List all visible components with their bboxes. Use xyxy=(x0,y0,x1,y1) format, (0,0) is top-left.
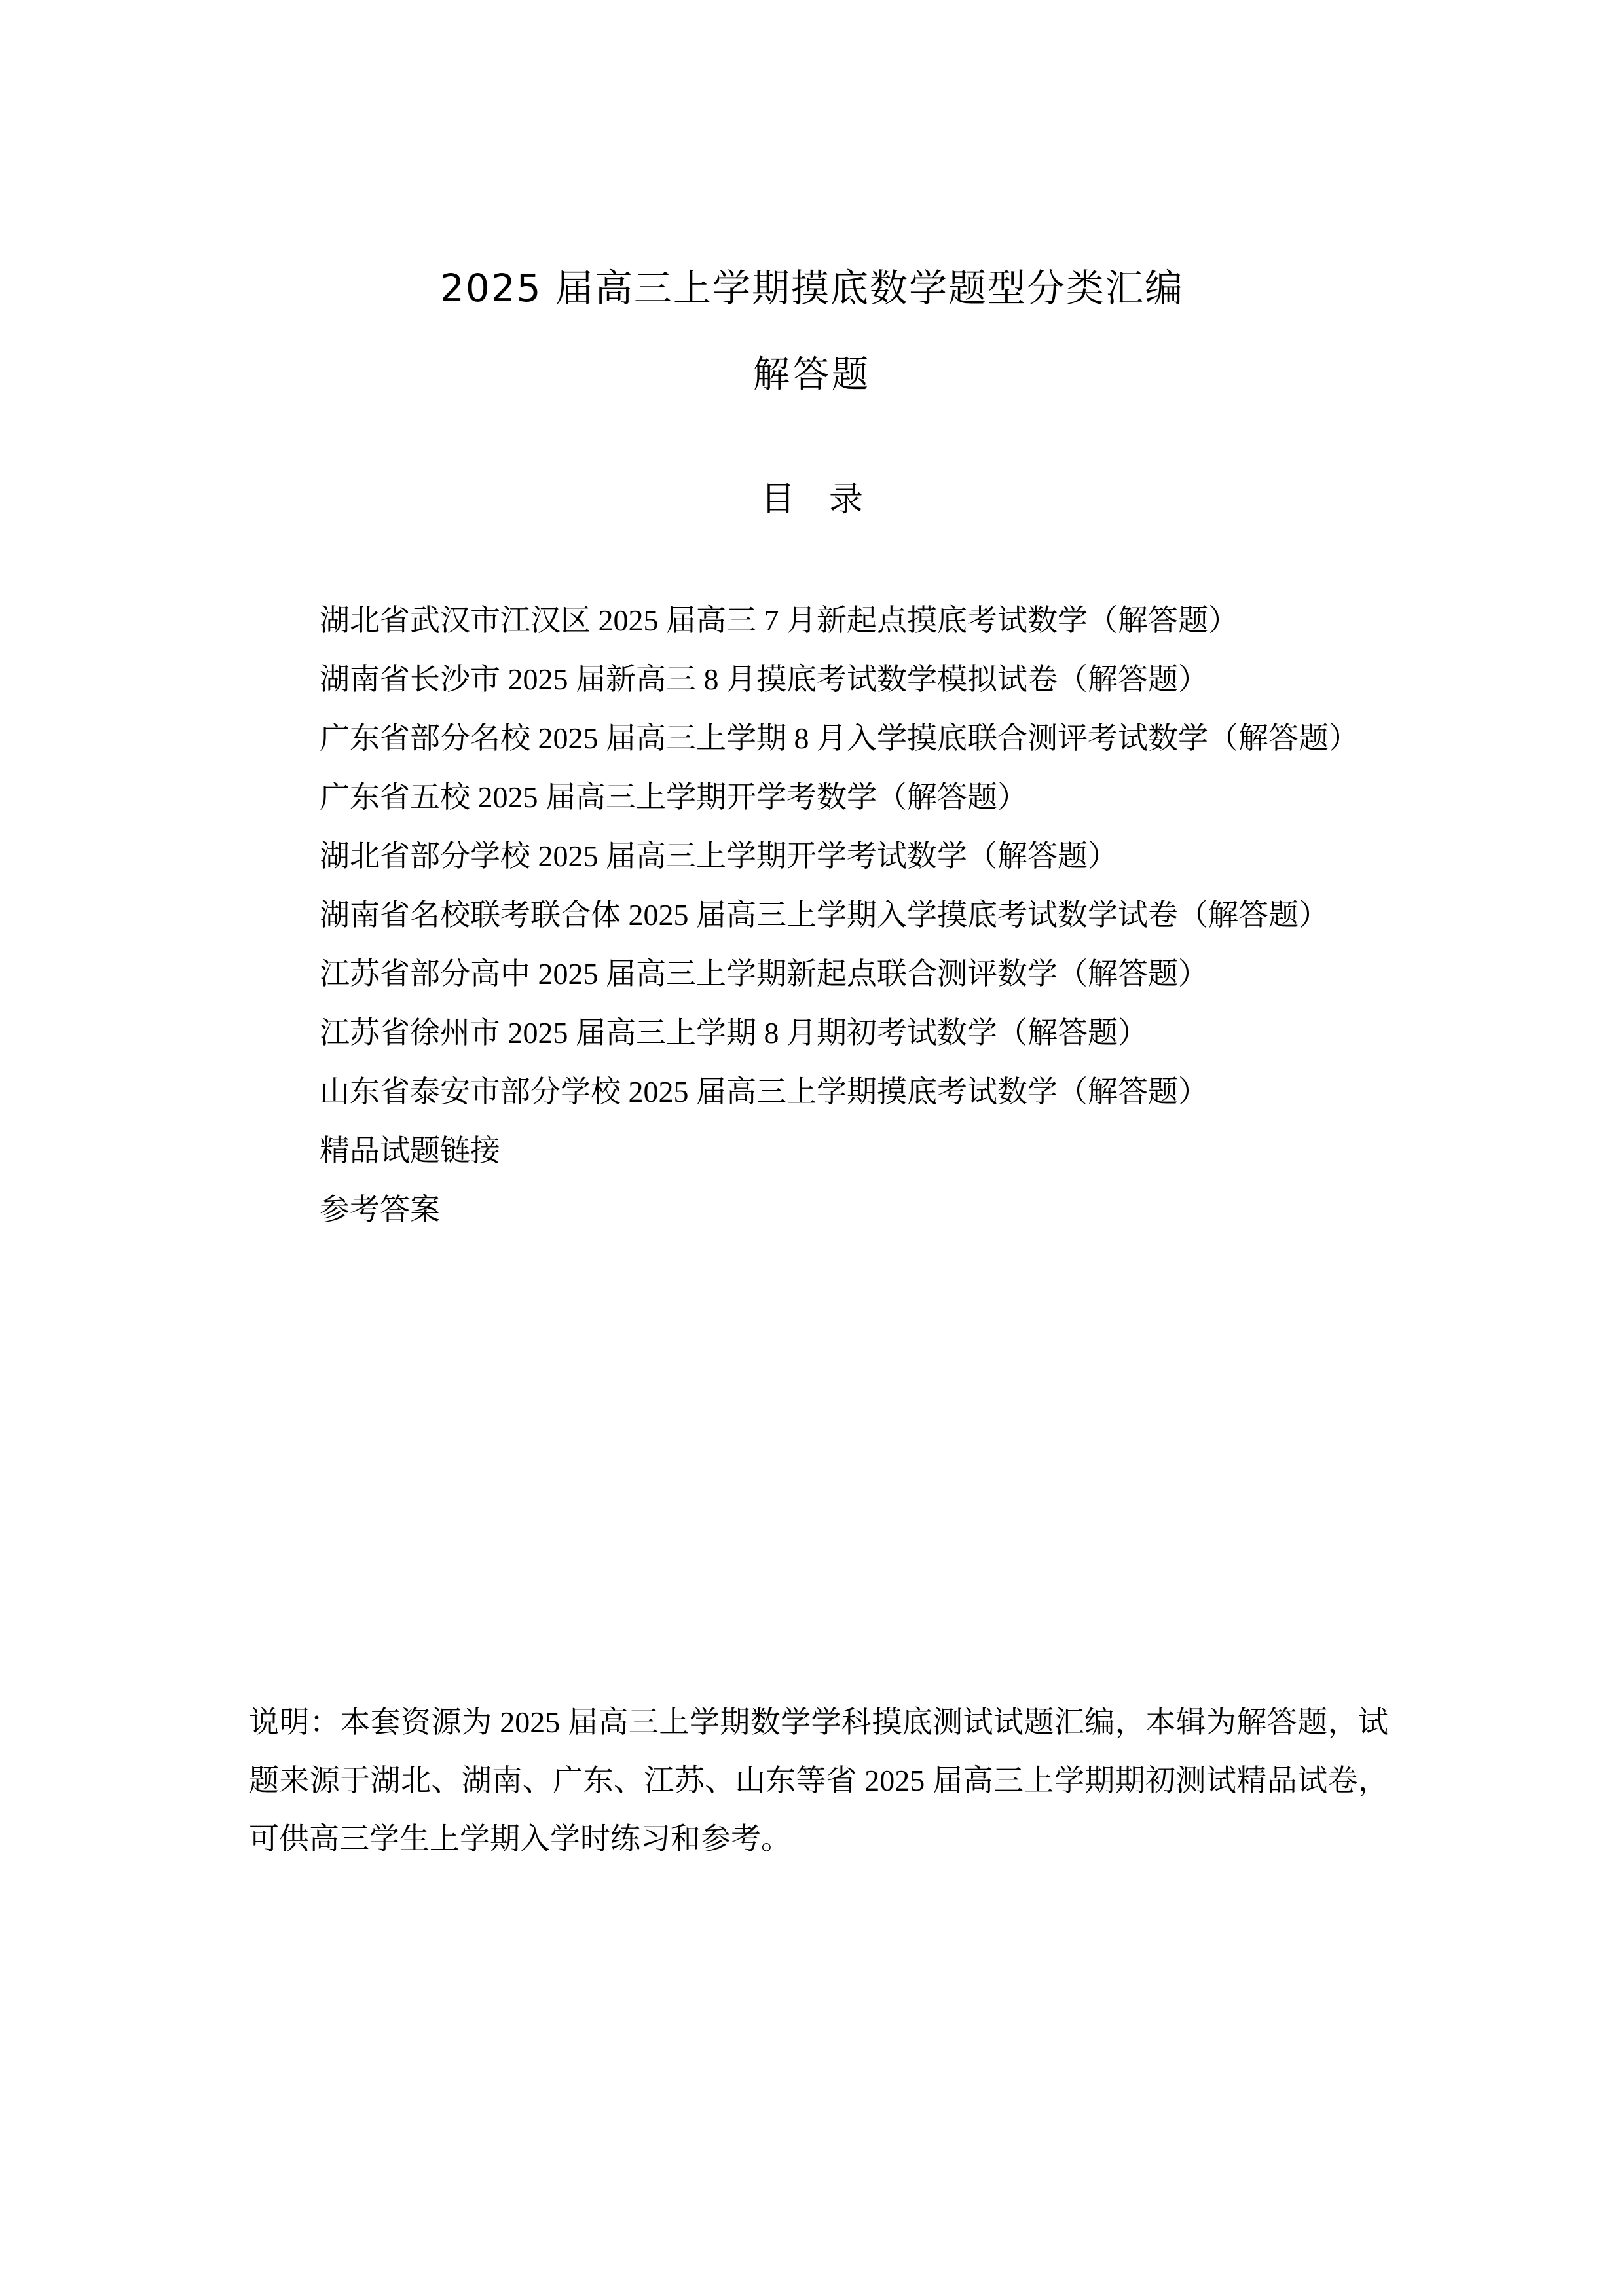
toc-heading: 目 录 xyxy=(0,479,1624,521)
toc-item: 湖北省武汉市江汉区 2025 届高三 7 月新起点摸底考试数学（解答题） xyxy=(320,591,1428,650)
toc-item: 广东省五校 2025 届高三上学期开学考数学（解答题） xyxy=(320,768,1428,827)
toc-list: 湖北省武汉市江汉区 2025 届高三 7 月新起点摸底考试数学（解答题） 湖南省… xyxy=(320,591,1428,1239)
toc-item: 精品试题链接 xyxy=(320,1121,1428,1180)
toc-item: 湖北省部分学校 2025 届高三上学期开学考试数学（解答题） xyxy=(320,827,1428,886)
toc-item: 山东省泰安市部分学校 2025 届高三上学期摸底考试数学（解答题） xyxy=(320,1063,1428,1121)
doc-subtitle: 解答题 xyxy=(0,352,1624,398)
doc-title: 2025 届高三上学期摸底数学题型分类汇编 xyxy=(0,264,1624,312)
note-paragraph: 说明：本套资源为 2025 届高三上学期数学学科摸底测试试题汇编，本辑为解答题，… xyxy=(249,1693,1388,1868)
document-page: 2025 届高三上学期摸底数学题型分类汇编 解答题 目 录 湖北省武汉市江汉区 … xyxy=(0,0,1624,2296)
toc-item: 江苏省徐州市 2025 届高三上学期 8 月期初考试数学（解答题） xyxy=(320,1004,1428,1063)
toc-item: 广东省部分名校 2025 届高三上学期 8 月入学摸底联合测评考试数学（解答题） xyxy=(320,709,1428,768)
toc-item: 湖南省长沙市 2025 届新高三 8 月摸底考试数学模拟试卷（解答题） xyxy=(320,650,1428,709)
toc-item: 湖南省名校联考联合体 2025 届高三上学期入学摸底考试数学试卷（解答题） xyxy=(320,886,1428,945)
toc-item: 江苏省部分高中 2025 届高三上学期新起点联合测评数学（解答题） xyxy=(320,945,1428,1004)
toc-item: 参考答案 xyxy=(320,1180,1428,1239)
